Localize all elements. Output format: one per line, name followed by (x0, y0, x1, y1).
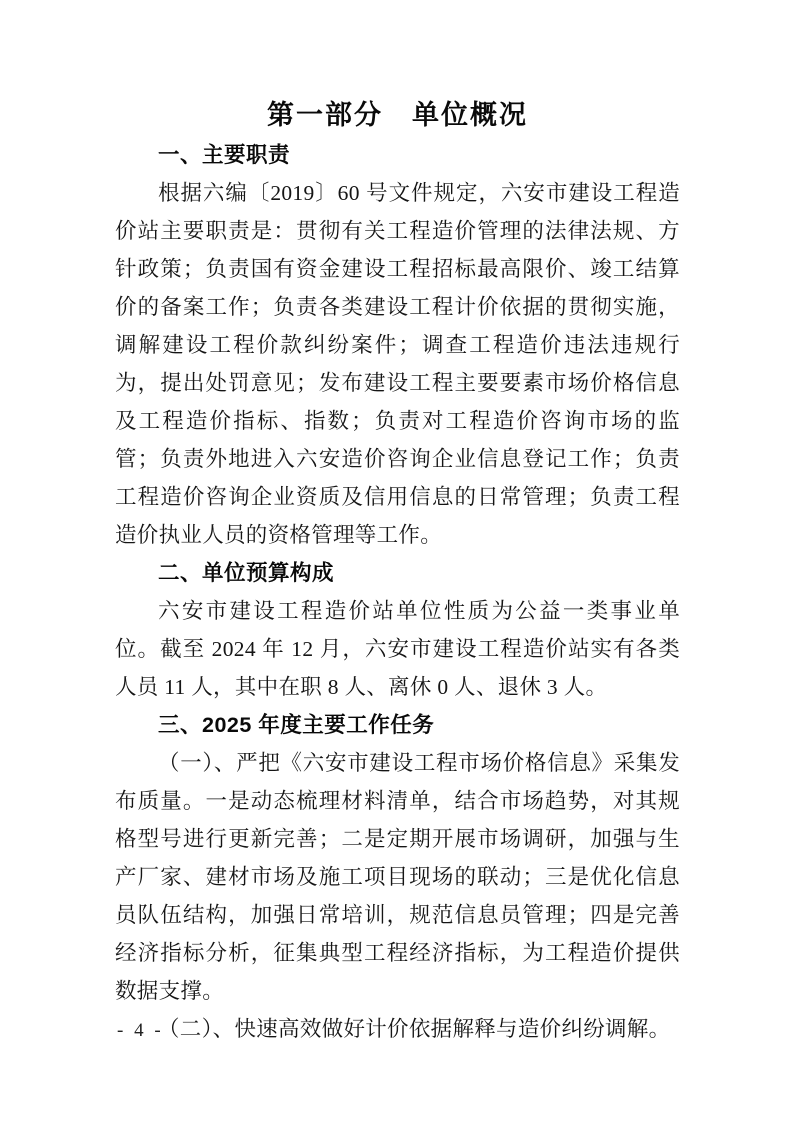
paragraph-work-task-1: （一）、严把《六安市建设工程市场价格信息》采集发布质量。一是动态梳理材料清单，结… (115, 744, 680, 1010)
section-heading-2025-work-tasks: 三、2025 年度主要工作任务 (115, 706, 680, 744)
page-number: - 4 - (117, 1020, 164, 1042)
paragraph-work-task-2: （二）、快速高效做好计价依据解释与造价纠纷调解。 (115, 1010, 680, 1048)
section-2025-work-tasks: 三、2025 年度主要工作任务 （一）、严把《六安市建设工程市场价格信息》采集发… (115, 706, 680, 1048)
paragraph-main-duties: 根据六编〔2019〕60 号文件规定，六安市建设工程造价站主要职责是：贯彻有关工… (115, 174, 680, 554)
section-budget-composition: 二、单位预算构成 六安市建设工程造价站单位性质为公益一类事业单位。截至 2024… (115, 554, 680, 706)
document-page: 第一部分 单位概况 一、主要职责 根据六编〔2019〕60 号文件规定，六安市建… (0, 0, 793, 1122)
section-main-duties: 一、主要职责 根据六编〔2019〕60 号文件规定，六安市建设工程造价站主要职责… (115, 136, 680, 554)
section-heading-budget-composition: 二、单位预算构成 (115, 554, 680, 592)
paragraph-budget-composition: 六安市建设工程造价站单位性质为公益一类事业单位。截至 2024 年 12 月，六… (115, 592, 680, 706)
page-title: 第一部分 单位概况 (115, 94, 680, 136)
section-heading-main-duties: 一、主要职责 (115, 136, 680, 174)
